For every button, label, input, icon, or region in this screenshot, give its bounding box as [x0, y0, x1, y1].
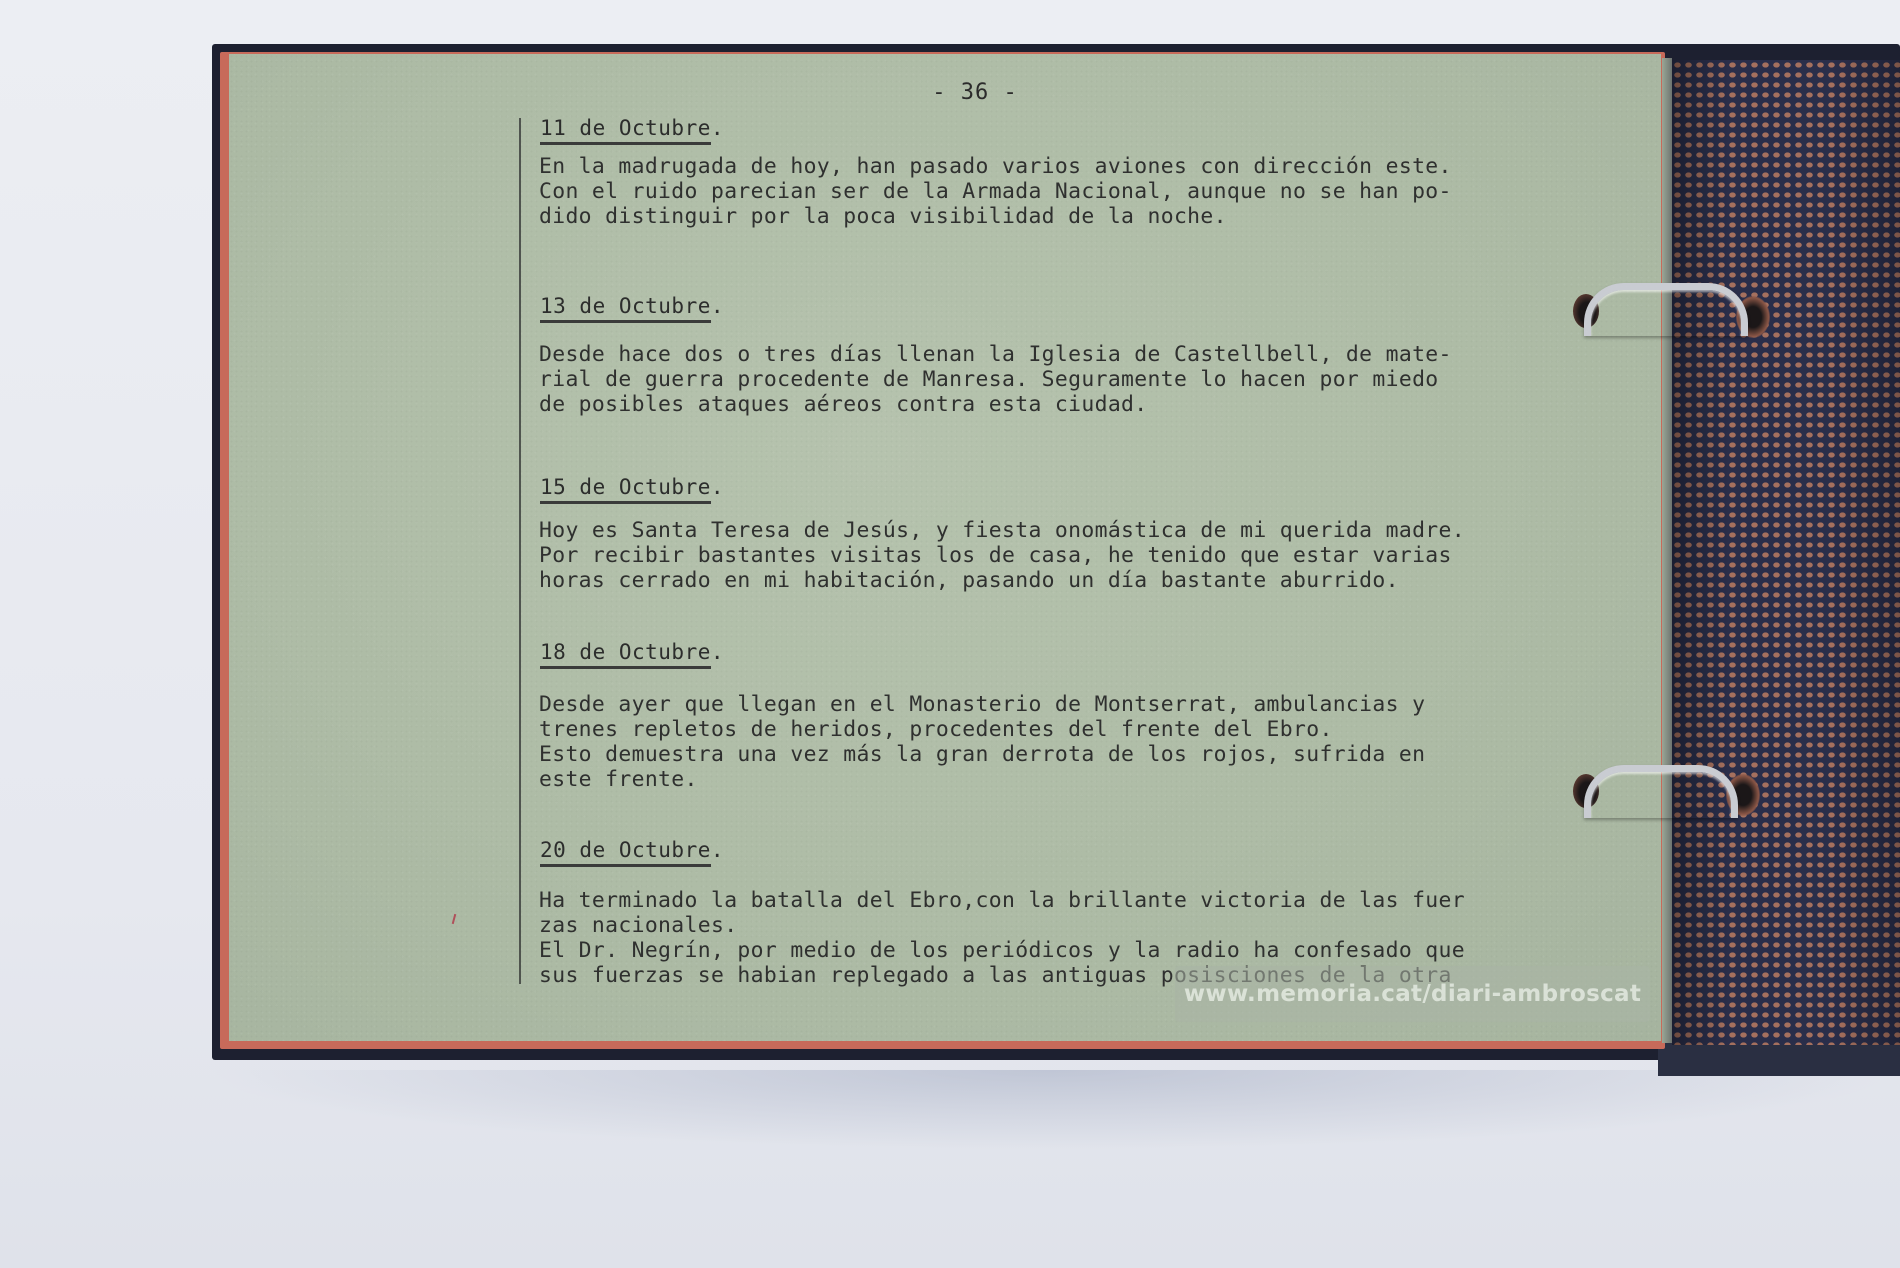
text-line: En la madrugada de hoy, han pasado vario…	[539, 154, 1639, 179]
binder-ring	[1584, 283, 1748, 336]
entry-body: En la madrugada de hoy, han pasado vario…	[539, 154, 1639, 229]
text-line: horas cerrado en mi habitación, pasando …	[539, 568, 1639, 593]
entry-date: 20 de Octubre	[540, 838, 711, 867]
text-line: dido distinguir por la poca visibilidad …	[539, 204, 1639, 229]
page-number: - 36 -	[900, 80, 1050, 105]
text-line: Desde ayer que llegan en el Monasterio d…	[539, 692, 1639, 717]
entry-heading: 18 de Octubre.	[540, 640, 724, 664]
text-line: El Dr. Negrín, por medio de los periódic…	[539, 938, 1639, 963]
text-line: Hoy es Santa Teresa de Jesús, y fiesta o…	[539, 518, 1639, 543]
text-line: Con el ruido parecian ser de la Armada N…	[539, 179, 1639, 204]
entry-body: Desde hace dos o tres días llenan la Igl…	[539, 342, 1639, 417]
entry-date: 13 de Octubre	[540, 294, 711, 323]
text-line: trenes repletos de heridos, procedentes …	[539, 717, 1639, 742]
text-line: Por recibir bastantes visitas los de cas…	[539, 543, 1639, 568]
page-gutter	[1662, 58, 1672, 1043]
watermark: www.memoria.cat/diari-ambroscat	[1175, 966, 1650, 1022]
entry-heading: 13 de Octubre.	[540, 294, 724, 318]
binder-ring	[1584, 765, 1738, 818]
entry-date: 11 de Octubre	[540, 116, 711, 145]
entry-body: Desde ayer que llegan en el Monasterio d…	[539, 692, 1639, 792]
snakeskin-inner-cover	[1672, 60, 1900, 1045]
binder-back-cover	[1658, 1040, 1900, 1076]
entry-date: 18 de Octubre	[540, 640, 711, 669]
text-line: zas nacionales.	[539, 913, 1639, 938]
entry-heading: 20 de Octubre.	[540, 838, 724, 862]
date-period: .	[711, 838, 724, 862]
text-line: Ha terminado la batalla del Ebro,con la …	[539, 888, 1639, 913]
entry-heading: 11 de Octubre.	[540, 116, 724, 140]
text-line: rial de guerra procedente de Manresa. Se…	[539, 367, 1639, 392]
date-period: .	[711, 475, 724, 499]
entry-heading: 15 de Octubre.	[540, 475, 724, 499]
text-line: Esto demuestra una vez más la gran derro…	[539, 742, 1639, 767]
text-line: de posibles ataques aéreos contra esta c…	[539, 392, 1639, 417]
margin-rule	[519, 118, 521, 984]
text-line: este frente.	[539, 767, 1639, 792]
entry-body: Hoy es Santa Teresa de Jesús, y fiesta o…	[539, 518, 1639, 593]
date-period: .	[711, 294, 724, 318]
entry-date: 15 de Octubre	[540, 475, 711, 504]
table-shadow	[200, 1070, 1900, 1150]
text-line: Desde hace dos o tres días llenan la Igl…	[539, 342, 1639, 367]
date-period: .	[711, 640, 724, 664]
date-period: .	[711, 116, 724, 140]
